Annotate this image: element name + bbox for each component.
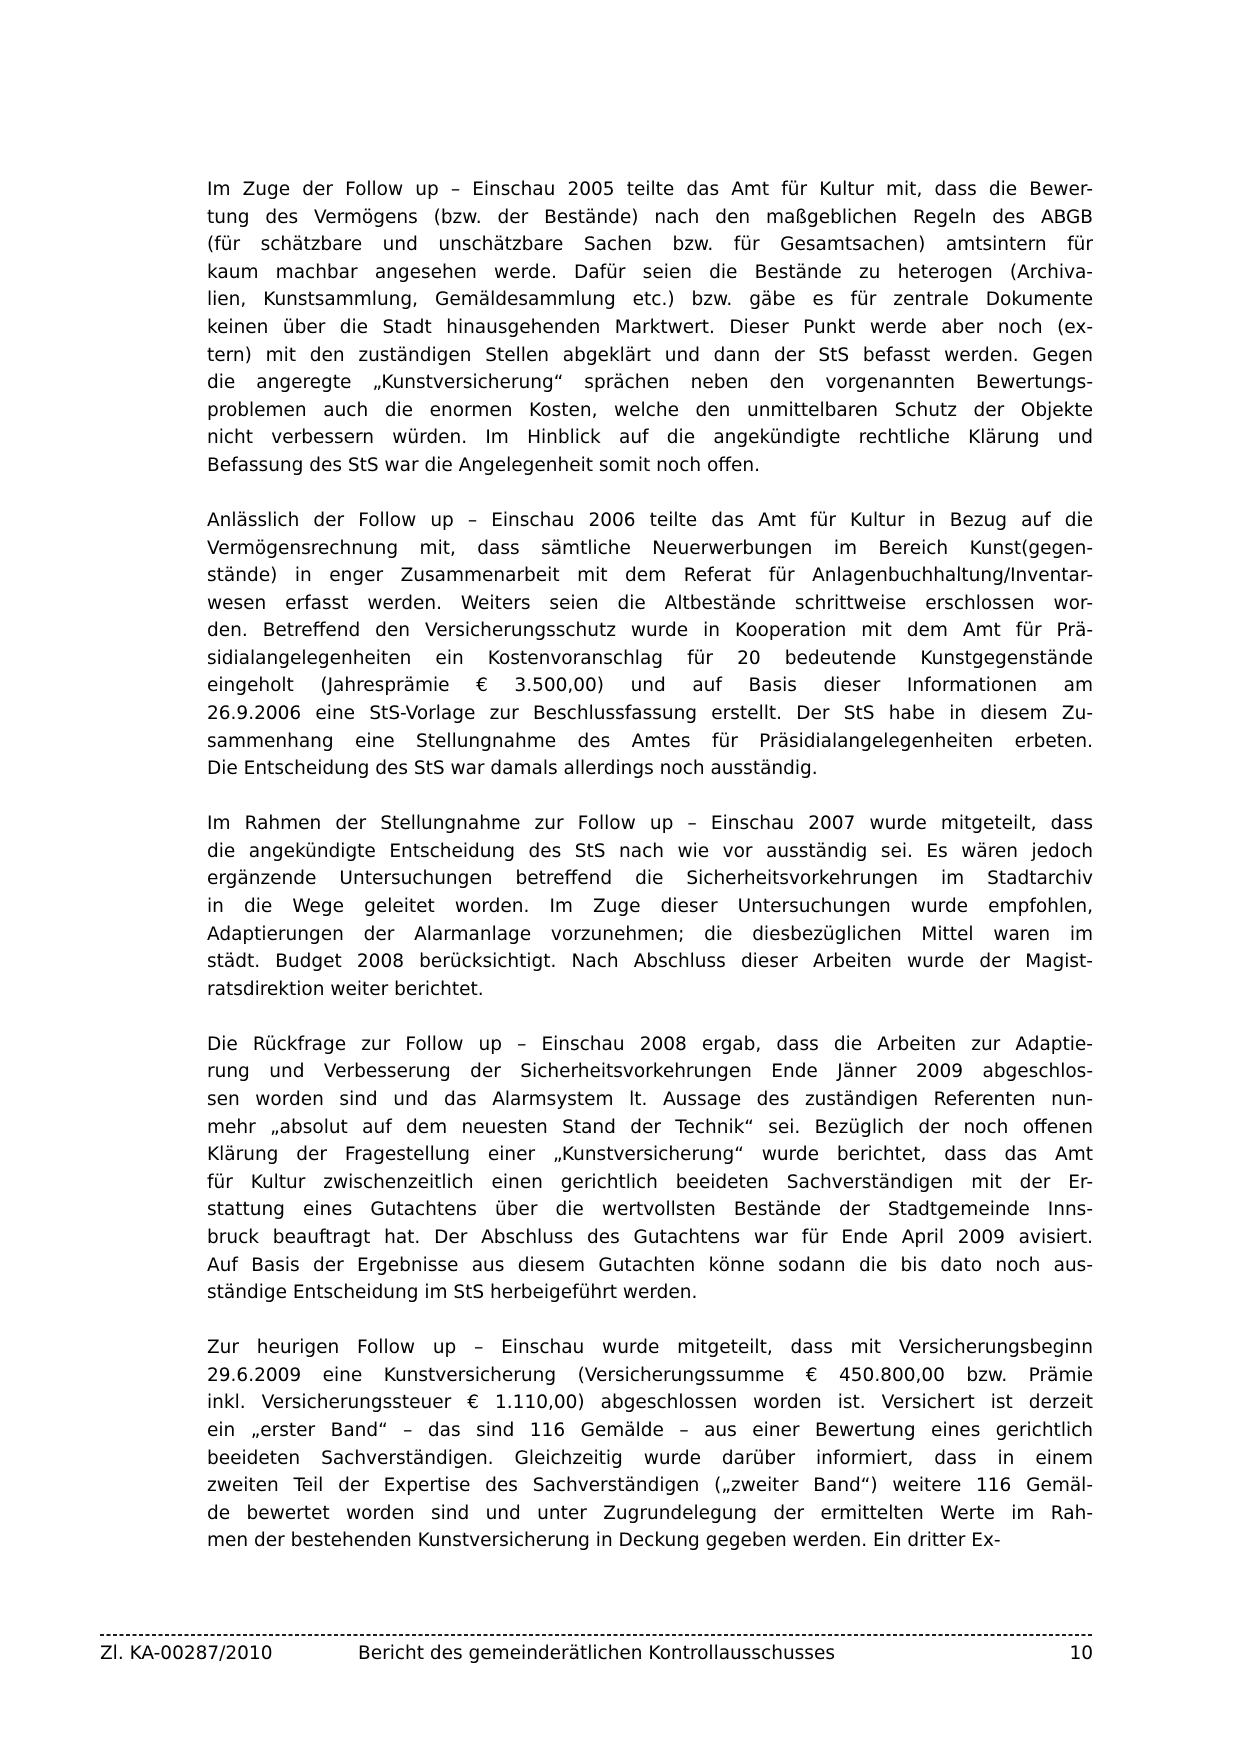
page-footer: Zl. KA-00287/2010 Bericht des gemeinderä… <box>100 1634 1093 1667</box>
text-line: eingeholt (Jahresprämie € 3.500,00) und … <box>207 672 1093 700</box>
text-line: die angeregte „Kunstversicherung“ spräch… <box>207 369 1093 397</box>
text-line: tern) mit den zuständigen Stellen abgekl… <box>207 342 1093 370</box>
text-line: nicht verbessern würden. Im Hinblick auf… <box>207 424 1093 452</box>
text-line: Vermögensrechnung mit, dass sämtliche Ne… <box>207 535 1093 563</box>
text-line: ein „erster Band“ – das sind 116 Gemälde… <box>207 1417 1093 1445</box>
paragraph: Im Rahmen der Stellungnahme zur Follow u… <box>207 810 1093 1003</box>
footer-title: Bericht des gemeinderätlichen Kontrollau… <box>358 1641 835 1667</box>
text-line: zweiten Teil der Expertise des Sachverst… <box>207 1472 1093 1500</box>
footer-row: Zl. KA-00287/2010 Bericht des gemeinderä… <box>100 1641 1093 1667</box>
text-line: men der bestehenden Kunstversicherung in… <box>207 1527 1093 1555</box>
text-line: tung des Vermögens (bzw. der Bestände) n… <box>207 204 1093 232</box>
text-line: ratsdirektion weiter berichtet. <box>207 976 1093 1004</box>
text-line: de bewertet worden sind und unter Zugrun… <box>207 1500 1093 1528</box>
text-line: Auf Basis der Ergebnisse aus diesem Guta… <box>207 1252 1093 1280</box>
report-body: Im Zuge der Follow up – Einschau 2005 te… <box>207 176 1093 1555</box>
text-line: (für schätzbare und unschätzbare Sachen … <box>207 231 1093 259</box>
footer-page-number: 10 <box>835 1641 1093 1667</box>
text-line: lien, Kunstsammlung, Gemäldesammlung etc… <box>207 286 1093 314</box>
text-line: Die Entscheidung des StS war damals alle… <box>207 755 1093 783</box>
text-line: Im Rahmen der Stellungnahme zur Follow u… <box>207 810 1093 838</box>
text-line: inkl. Versicherungssteuer € 1.110,00) ab… <box>207 1389 1093 1417</box>
text-line: den. Betreffend den Versicherungsschutz … <box>207 617 1093 645</box>
paragraph: Anlässlich der Follow up – Einschau 2006… <box>207 507 1093 783</box>
text-line: keinen über die Stadt hinausgehenden Mar… <box>207 314 1093 342</box>
text-line: die angekündigte Entscheidung des StS na… <box>207 838 1093 866</box>
text-line: Die Rückfrage zur Follow up – Einschau 2… <box>207 1031 1093 1059</box>
text-line: sidialangelegenheiten ein Kostenvoransch… <box>207 645 1093 673</box>
text-line: Anlässlich der Follow up – Einschau 2006… <box>207 507 1093 535</box>
paragraph: Im Zuge der Follow up – Einschau 2005 te… <box>207 176 1093 480</box>
text-line: stände) in enger Zusammenarbeit mit dem … <box>207 562 1093 590</box>
text-line: stattung eines Gutachtens über die wertv… <box>207 1196 1093 1224</box>
text-line: wesen erfasst werden. Weiters seien die … <box>207 590 1093 618</box>
text-line: Klärung der Fragestellung einer „Kunstve… <box>207 1141 1093 1169</box>
text-line: Im Zuge der Follow up – Einschau 2005 te… <box>207 176 1093 204</box>
paragraph: Die Rückfrage zur Follow up – Einschau 2… <box>207 1031 1093 1307</box>
text-line: beeideten Sachverständigen. Gleichzeitig… <box>207 1445 1093 1473</box>
text-line: sen worden sind und das Alarmsystem lt. … <box>207 1086 1093 1114</box>
footer-divider <box>100 1634 1093 1636</box>
text-line: ergänzende Untersuchungen betreffend die… <box>207 865 1093 893</box>
text-line: problemen auch die enormen Kosten, welch… <box>207 397 1093 425</box>
paragraph: Zur heurigen Follow up – Einschau wurde … <box>207 1334 1093 1555</box>
text-line: Zur heurigen Follow up – Einschau wurde … <box>207 1334 1093 1362</box>
text-line: mehr „absolut auf dem neuesten Stand der… <box>207 1114 1093 1142</box>
text-line: Befassung des StS war die Angelegenheit … <box>207 452 1093 480</box>
text-line: städt. Budget 2008 berücksichtigt. Nach … <box>207 948 1093 976</box>
text-line: Adaptierungen der Alarmanlage vorzunehme… <box>207 921 1093 949</box>
text-line: für Kultur zwischenzeitlich einen gerich… <box>207 1169 1093 1197</box>
text-line: rung und Verbesserung der Sicherheitsvor… <box>207 1058 1093 1086</box>
text-line: in die Wege geleitet worden. Im Zuge die… <box>207 893 1093 921</box>
document-page: Im Zuge der Follow up – Einschau 2005 te… <box>0 0 1240 1755</box>
text-line: sammenhang eine Stellungnahme des Amtes … <box>207 728 1093 756</box>
footer-reference: Zl. KA-00287/2010 <box>100 1641 358 1667</box>
text-line: 26.9.2006 eine StS-Vorlage zur Beschluss… <box>207 700 1093 728</box>
text-line: kaum machbar angesehen werde. Dafür seie… <box>207 259 1093 287</box>
text-line: bruck beauftragt hat. Der Abschluss des … <box>207 1224 1093 1252</box>
text-line: ständige Entscheidung im StS herbeigefüh… <box>207 1279 1093 1307</box>
text-line: 29.6.2009 eine Kunstversicherung (Versic… <box>207 1362 1093 1390</box>
